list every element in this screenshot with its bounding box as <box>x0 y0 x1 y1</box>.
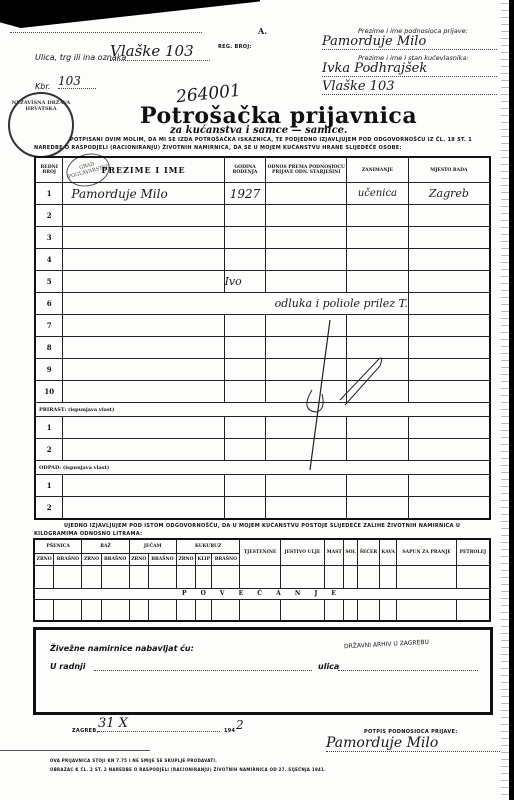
header-ordinal: REDNI BROJ <box>35 157 63 183</box>
annotation-line1: Ivo <box>224 271 266 293</box>
stock-increase-label-row: P O V E Ć A N J E <box>34 588 490 599</box>
table-row: 7 <box>35 315 490 337</box>
header-oil: JESTIVO ULJE <box>280 539 324 565</box>
street-field-label: ulica <box>318 662 339 671</box>
stock-declaration: UJEDNO IZJAVLJUJEM POD ISTOM ODGOVORNOŠĆ… <box>34 522 496 538</box>
kbr-label: Kbr. <box>35 82 50 91</box>
reg-label: REG. BROJ: <box>218 44 252 50</box>
date-value: 31 X <box>98 716 220 732</box>
owner-value: Ivka Podhrajšek <box>322 61 497 77</box>
header-barley: JEČAM <box>129 539 176 553</box>
signature-scribble-icon <box>300 320 420 480</box>
year-value: 2 <box>236 718 244 732</box>
header-occupation: ZANIMANJE <box>347 157 409 183</box>
street-field[interactable] <box>338 670 478 671</box>
price-note: OVA PRIJAVNICA STOJI KN 7.75 I NE SMIJE … <box>50 758 217 763</box>
cell-name: Pamorduje Milo <box>63 183 224 205</box>
header-birth-year: GODINA ROĐENJA <box>224 157 266 183</box>
folded-corner <box>0 0 260 28</box>
table-row: 9 <box>35 359 490 381</box>
header-relation: ODNOS PREMA PODNOSIOCU PRIJAVE ODN. STAR… <box>266 157 347 183</box>
regulation-note: OBRAZAC K ČL. 2 ST. 2 NAREDBE O RASPODJE… <box>50 767 326 772</box>
stock-increase-row <box>34 599 490 621</box>
shop-label: U radnji <box>50 662 86 671</box>
shop-field[interactable] <box>94 670 312 671</box>
stock-table: PŠENICA RAŽ JEČAM KUKURUZ TJESTENINE JES… <box>33 538 491 622</box>
table-row: 5Ivo <box>35 271 490 293</box>
year-prefix: 194 <box>224 728 235 734</box>
decrease-section: ODPAD: (ispunjava vlast) <box>35 461 490 475</box>
supply-box: Živežne namirnice nabavljat ću: DRŽAVNI … <box>33 627 493 715</box>
table-row: 2 <box>35 439 490 461</box>
cell-year: 1927 <box>224 183 266 205</box>
table-row: 8 <box>35 337 490 359</box>
table-row: 1 <box>35 417 490 439</box>
header-coffee: KAVA <box>380 539 397 565</box>
table-row: 3 <box>35 227 490 249</box>
cell-occupation: učenica <box>347 183 409 205</box>
table-row: 4 <box>35 249 490 271</box>
annotation-line2: odluka i poliole prilez T. <box>63 293 408 315</box>
cell-place: Zagreb <box>408 183 490 205</box>
table-row: 10 <box>35 381 490 403</box>
cell-relation <box>266 183 347 205</box>
header-petroleum: PETROLEJ <box>456 539 490 565</box>
form-subtitle: za kućanstva i samce — samice. <box>170 125 348 136</box>
header-sugar: ŠEĆER <box>357 539 379 565</box>
header-corn: KUKURUZ <box>176 539 240 553</box>
document-page: A. REG. BROJ: Ulica, trg ili ina oznaka … <box>0 0 505 800</box>
street-value: Vlaške 103 <box>110 42 210 61</box>
header-pasta: TJESTENINE <box>240 539 280 565</box>
household-table: REDNI BROJ PREZIME I IME GODINA ROĐENJA … <box>34 156 491 520</box>
header-wheat: PŠENICA <box>34 539 82 553</box>
form-letter: A. <box>258 26 267 36</box>
torn-edge <box>501 0 509 800</box>
declaration-text: POTPISANI OVIM MOLIM, DA MI SE IZDA POTR… <box>34 136 496 152</box>
place-label: ZAGREB, <box>72 728 99 734</box>
applicant-value: Pamorduje Milo <box>322 34 497 50</box>
kbr-value: 103 <box>58 74 96 89</box>
header-rye: RAŽ <box>82 539 129 553</box>
table-row: 6odluka i poliole prilez T. <box>35 293 490 315</box>
header-salt: SOL <box>344 539 358 565</box>
archive-stamp: DRŽAVNI ARHIV U ZAGREBU <box>344 639 429 650</box>
header-soap: SAPUN ZA PRANJE <box>397 539 456 565</box>
stock-values-row <box>34 565 490 588</box>
header-lard: MAST <box>325 539 344 565</box>
header-name: PREZIME I IME <box>63 157 224 183</box>
increase-section: PRIRAST: (ispunjava vlast) <box>35 403 490 417</box>
header-workplace: MJESTO RADA <box>408 157 490 183</box>
top-dotted-line <box>10 32 202 33</box>
supply-label: Živežne namirnice nabavljat ću: <box>50 644 194 653</box>
table-header: REDNI BROJ PREZIME I IME GODINA ROĐENJA … <box>35 157 490 183</box>
table-row: 1 Pamorduje Milo 1927 učenica Zagreb <box>35 183 490 205</box>
table-row: 2 <box>35 205 490 227</box>
owner-address: Vlaške 103 <box>322 79 497 95</box>
table-row: 1 <box>35 475 490 497</box>
table-row: 2 <box>35 497 490 519</box>
footer-rule <box>0 750 150 751</box>
signature-value: Pamorduje Milo <box>326 735 502 752</box>
